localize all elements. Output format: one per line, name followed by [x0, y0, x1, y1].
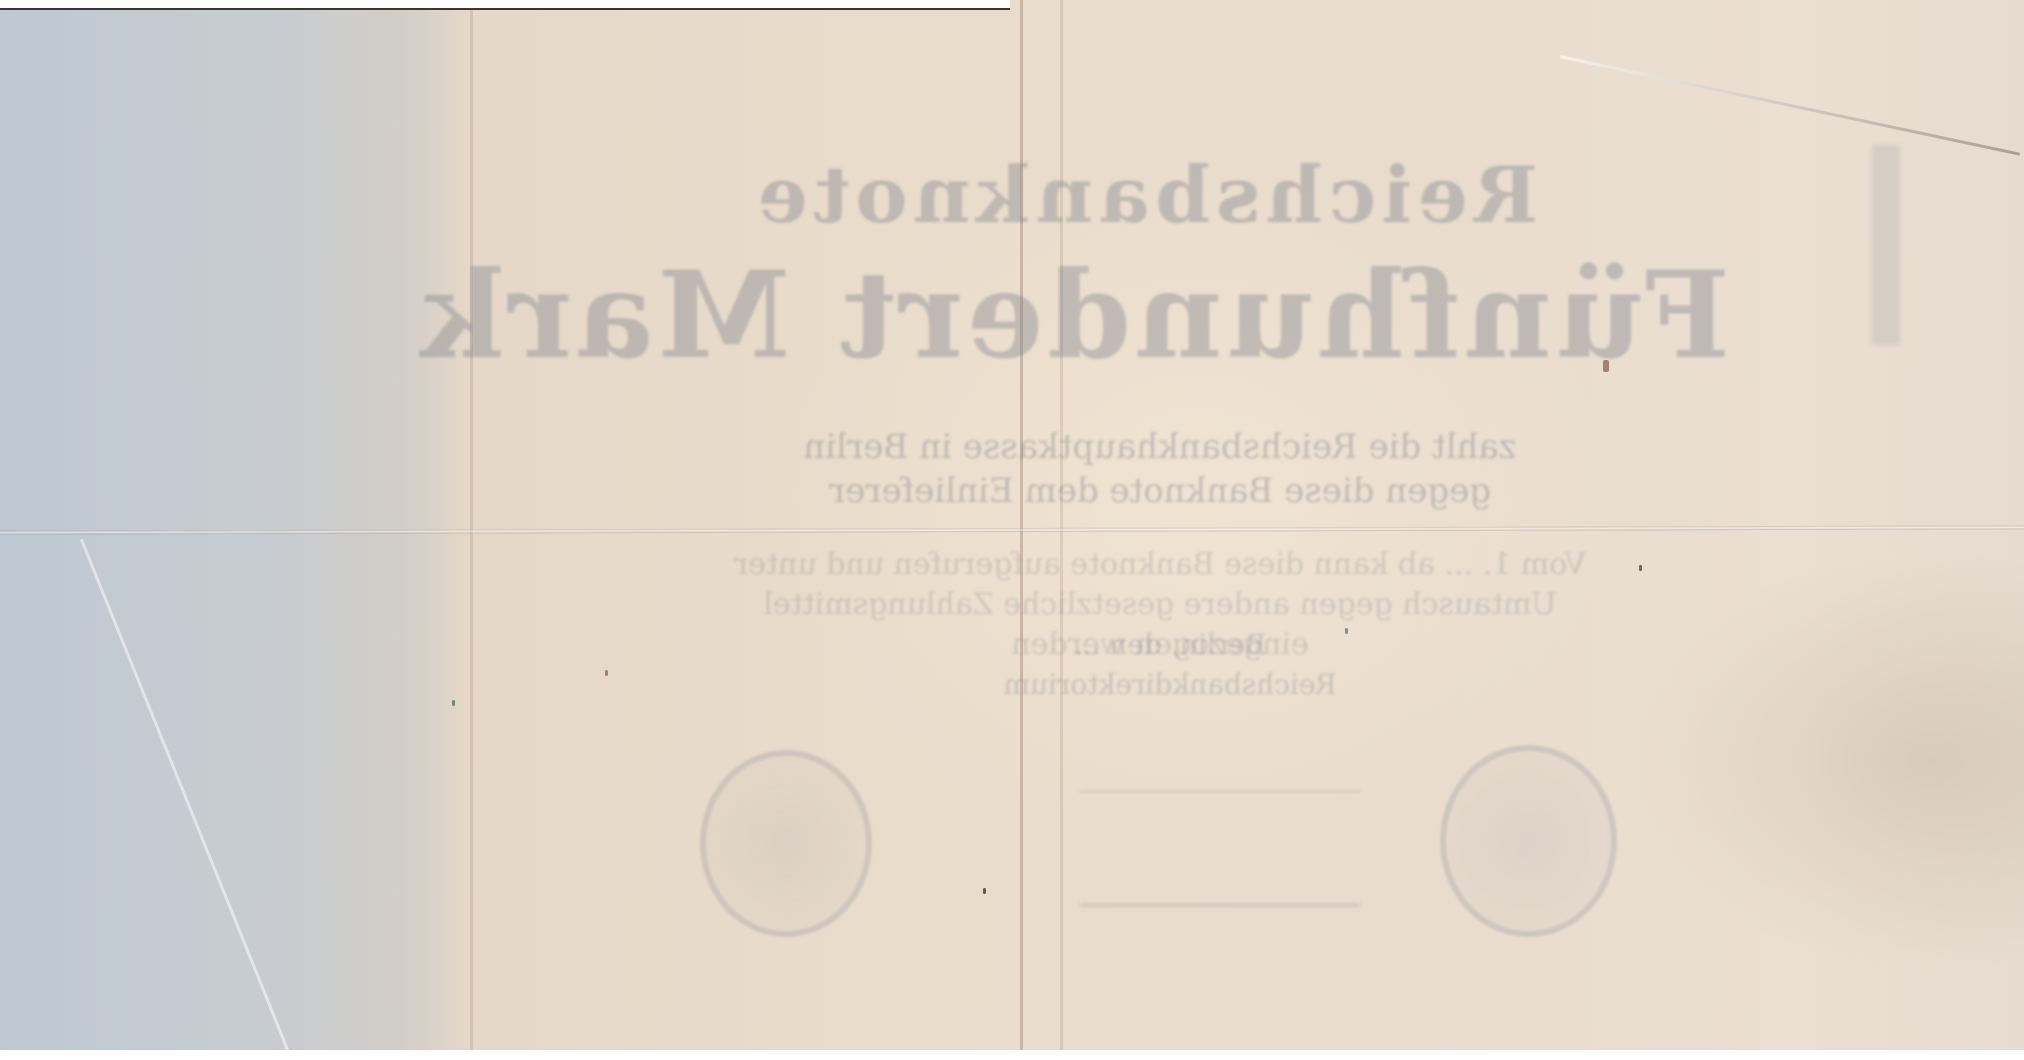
- scan-top-margin: [0, 0, 1010, 10]
- show-through-promise-text: zahlt die Reichsbankhauptkasse in Berlin…: [720, 425, 1600, 513]
- show-through-date-issuer: Berlin, den ... Reichsbankdirektorium: [880, 625, 1460, 705]
- ink-spot: [452, 700, 455, 706]
- paper-fleck: [605, 670, 608, 676]
- paper-fleck: [1639, 565, 1642, 571]
- blue-tinted-left-panel: [0, 0, 470, 1050]
- promise-line-2: gegen diese Banknote dem Einlieferer: [720, 469, 1600, 513]
- side-serial-show-through: [1872, 145, 1900, 345]
- paper-fleck: [983, 888, 986, 894]
- signature-marks: [1080, 790, 1360, 907]
- date-line: Berlin, den ...: [880, 625, 1460, 665]
- show-through-title: Reichsbanknote: [730, 150, 1560, 241]
- issuer-line: Reichsbankdirektorium: [880, 665, 1460, 705]
- paper-fleck: [1603, 360, 1609, 372]
- promise-line-1: zahlt die Reichsbankhauptkasse in Berlin: [720, 425, 1600, 469]
- banknote: Reichsbanknote Fünfhundert Mark zahlt di…: [0, 0, 2024, 1050]
- seal-right-icon: [1440, 745, 1617, 937]
- vertical-fold-left: [470, 0, 473, 1050]
- corner-crease: [1560, 55, 2020, 156]
- seal-left-icon: [700, 750, 872, 937]
- ink-spot: [1345, 628, 1348, 634]
- show-through-denomination: Fünfhundert Mark: [560, 245, 1730, 386]
